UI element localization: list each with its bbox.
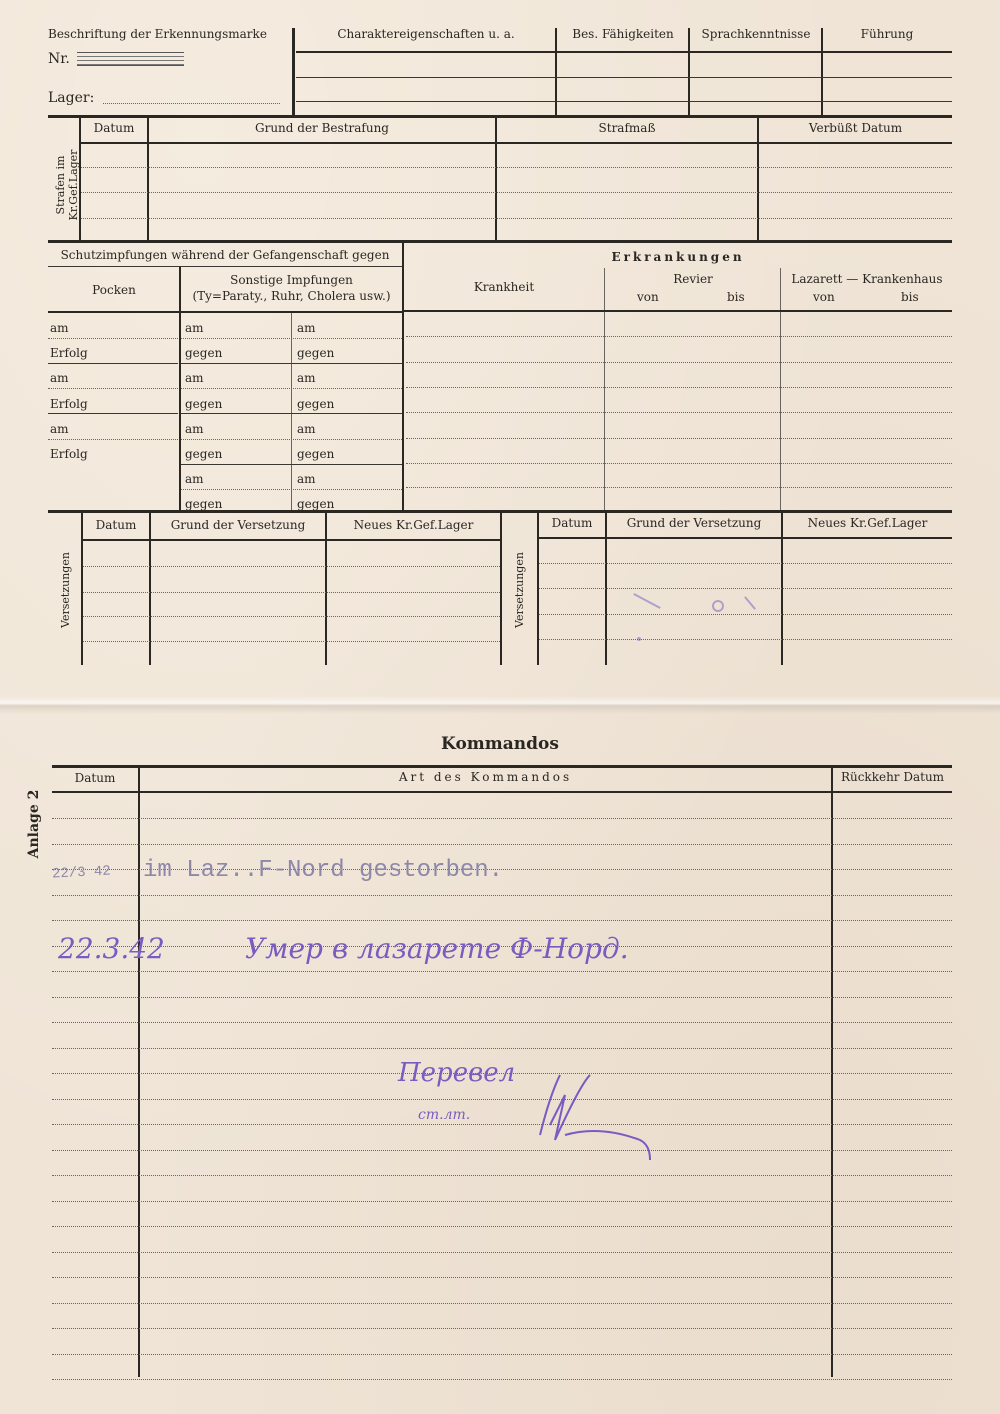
col-revier: Revier bbox=[606, 272, 780, 286]
transfer-left-col-grund: Grund der Versetzung bbox=[151, 518, 325, 532]
transfers-side-label-left: Versetzungen bbox=[59, 540, 73, 640]
transfer-left-col-datum: Datum bbox=[83, 518, 149, 532]
col-krankheit: Krankheit bbox=[404, 280, 604, 294]
id-tag-label: Beschriftung der Erkennungsmarke bbox=[48, 27, 267, 41]
handwritten-date: 22.3.42 bbox=[58, 932, 165, 965]
col-strafmass: Strafmaß bbox=[497, 121, 757, 135]
lazarett-bis: bis bbox=[901, 290, 919, 304]
typed-date: 22/3 42 bbox=[52, 863, 112, 882]
col-lazarett: Lazarett — Krankenhaus bbox=[782, 272, 952, 286]
kommando-col-datum: Datum bbox=[52, 771, 138, 785]
col-verbuesst: Verbüßt Datum bbox=[759, 121, 952, 135]
punishments-side-label: Strafen im Kr.Gef.Lager bbox=[54, 135, 82, 235]
col-languages: Sprachkenntnisse bbox=[690, 27, 822, 41]
nr-label: Nr. bbox=[48, 51, 70, 67]
nr-field[interactable] bbox=[77, 52, 184, 66]
transfer-right-col-lager: Neues Kr.Gef.Lager bbox=[783, 516, 952, 530]
illnesses-title: Erkrankungen bbox=[404, 250, 952, 264]
col-other-1: Sonstige Impfungen bbox=[181, 273, 402, 287]
lazarett-von: von bbox=[813, 290, 835, 304]
revier-von: von bbox=[637, 290, 659, 304]
kommando-col-art: Art des Kommandos bbox=[140, 770, 831, 784]
col-datum: Datum bbox=[81, 121, 147, 135]
col-grund: Grund der Bestrafung bbox=[149, 121, 495, 135]
col-other-2: (Ty=Paraty., Ruhr, Cholera usw.) bbox=[181, 289, 402, 303]
typed-entry: im Laz..F-Nord gestorben. bbox=[143, 857, 503, 884]
paper-fold bbox=[0, 696, 1000, 714]
kommandos-title: Kommandos bbox=[380, 734, 620, 754]
transfer-right-col-datum: Datum bbox=[539, 516, 605, 530]
col-conduct: Führung bbox=[823, 27, 951, 41]
lager-label: Lager: bbox=[48, 90, 94, 106]
kommando-col-rueckkehr: Rückkehr Datum bbox=[833, 770, 952, 784]
col-abilities: Bes. Fähigkeiten bbox=[557, 27, 689, 41]
vaccinations-title: Schutzimpfungen während der Gefangenscha… bbox=[48, 248, 402, 262]
transfers-side-label-right: Versetzungen bbox=[513, 540, 527, 640]
anlage-label: Anlage 2 bbox=[26, 784, 44, 864]
signature: Перевел bbox=[398, 1058, 515, 1088]
revier-bis: bis bbox=[727, 290, 745, 304]
col-pocken: Pocken bbox=[48, 283, 180, 297]
handwritten-entry: Умер в лазарете Ф-Норд. bbox=[245, 932, 629, 965]
transfer-right-col-grund: Grund der Versetzung bbox=[607, 516, 781, 530]
signature-flourish bbox=[520, 1065, 660, 1165]
lager-field[interactable] bbox=[103, 103, 280, 104]
transfer-left-col-lager: Neues Kr.Gef.Lager bbox=[327, 518, 500, 532]
col-character: Charaktereigenschaften u. a. bbox=[296, 27, 556, 41]
faint-stamp-marks bbox=[612, 592, 762, 652]
signature-rank: ст.лт. bbox=[418, 1107, 470, 1123]
